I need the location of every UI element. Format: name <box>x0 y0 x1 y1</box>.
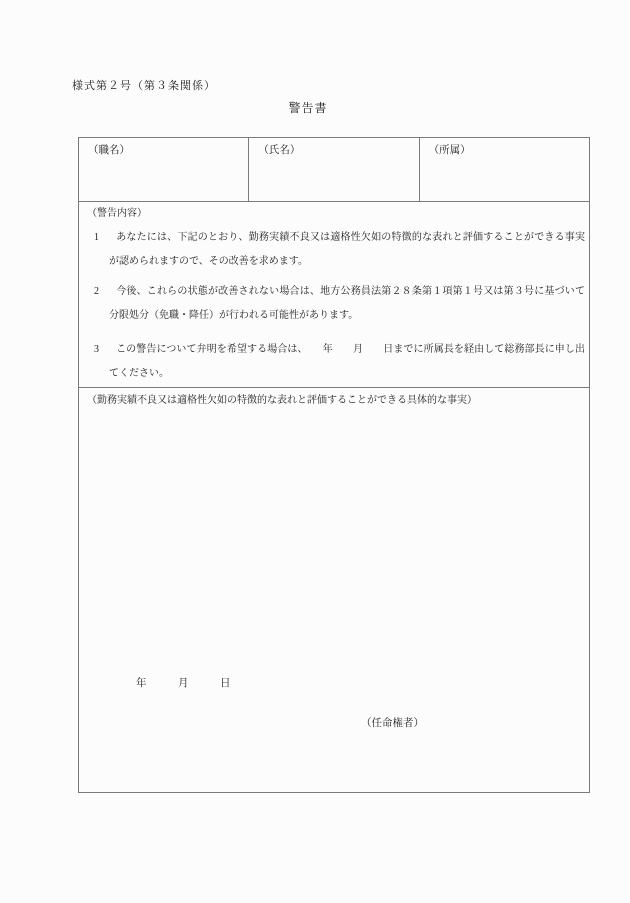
warning-item-2-text: 今後、これらの状態が改善されない場合は、地方公務員法第２８条第１項第１号又は第３… <box>109 286 585 321</box>
name-label: （氏名） <box>258 145 300 156</box>
warning-item-3: 3この警告について弁明を希望する場合は、 年 月 日までに所属長を経由して総務部… <box>109 338 585 386</box>
warning-item-2: 2今後、これらの状態が改善されない場合は、地方公務員法第２８条第１項第１号又は第… <box>109 280 585 328</box>
facts-heading: （勤務実績不良又は適格性欠如の特徴的な表れと評価することができる具体的な事実） <box>87 392 581 410</box>
job-title-value <box>88 159 239 169</box>
document-title: 警告書 <box>0 101 616 115</box>
facts-section: （勤務実績不良又は適格性欠如の特徴的な表れと評価することができる具体的な事実） … <box>78 387 590 793</box>
form-number: 様式第２号（第３条関係） <box>0 0 630 93</box>
warning-content-heading: （警告内容） <box>87 206 585 222</box>
affiliation-label: （所属） <box>429 145 471 156</box>
document-body: （職名） （氏名） （所属） （警告内容） 1あなたには、下記のとおり、勤務実績… <box>78 137 590 793</box>
job-title-label: （職名） <box>88 145 130 156</box>
warning-item-3-text: この警告について弁明を希望する場合は、 年 月 日までに所属長を経由して総務部長… <box>109 344 585 379</box>
job-title-cell: （職名） <box>79 138 249 201</box>
date-line: 年 月 日 <box>136 676 581 692</box>
name-value <box>258 159 409 169</box>
appointer-label: （任命権者） <box>361 716 581 732</box>
warning-item-1-number: 1 <box>94 226 116 250</box>
name-cell: （氏名） <box>249 138 419 201</box>
recipient-table: （職名） （氏名） （所属） <box>78 137 590 202</box>
warning-content-section: （警告内容） 1あなたには、下記のとおり、勤務実績不良又は適格性欠如の特徴的な表… <box>78 201 590 388</box>
affiliation-value <box>429 159 580 169</box>
warning-item-1-text: あなたには、下記のとおり、勤務実績不良又は適格性欠如の特徴的な表れと評価すること… <box>109 232 585 267</box>
warning-item-2-number: 2 <box>94 280 116 304</box>
affiliation-cell: （所属） <box>420 138 589 201</box>
warning-item-3-number: 3 <box>94 338 116 362</box>
warning-item-1: 1あなたには、下記のとおり、勤務実績不良又は適格性欠如の特徴的な表れと評価するこ… <box>109 226 585 274</box>
document-page: 様式第２号（第３条関係） 警告書 （職名） （氏名） （所属） （警告内容） 1… <box>0 0 630 903</box>
